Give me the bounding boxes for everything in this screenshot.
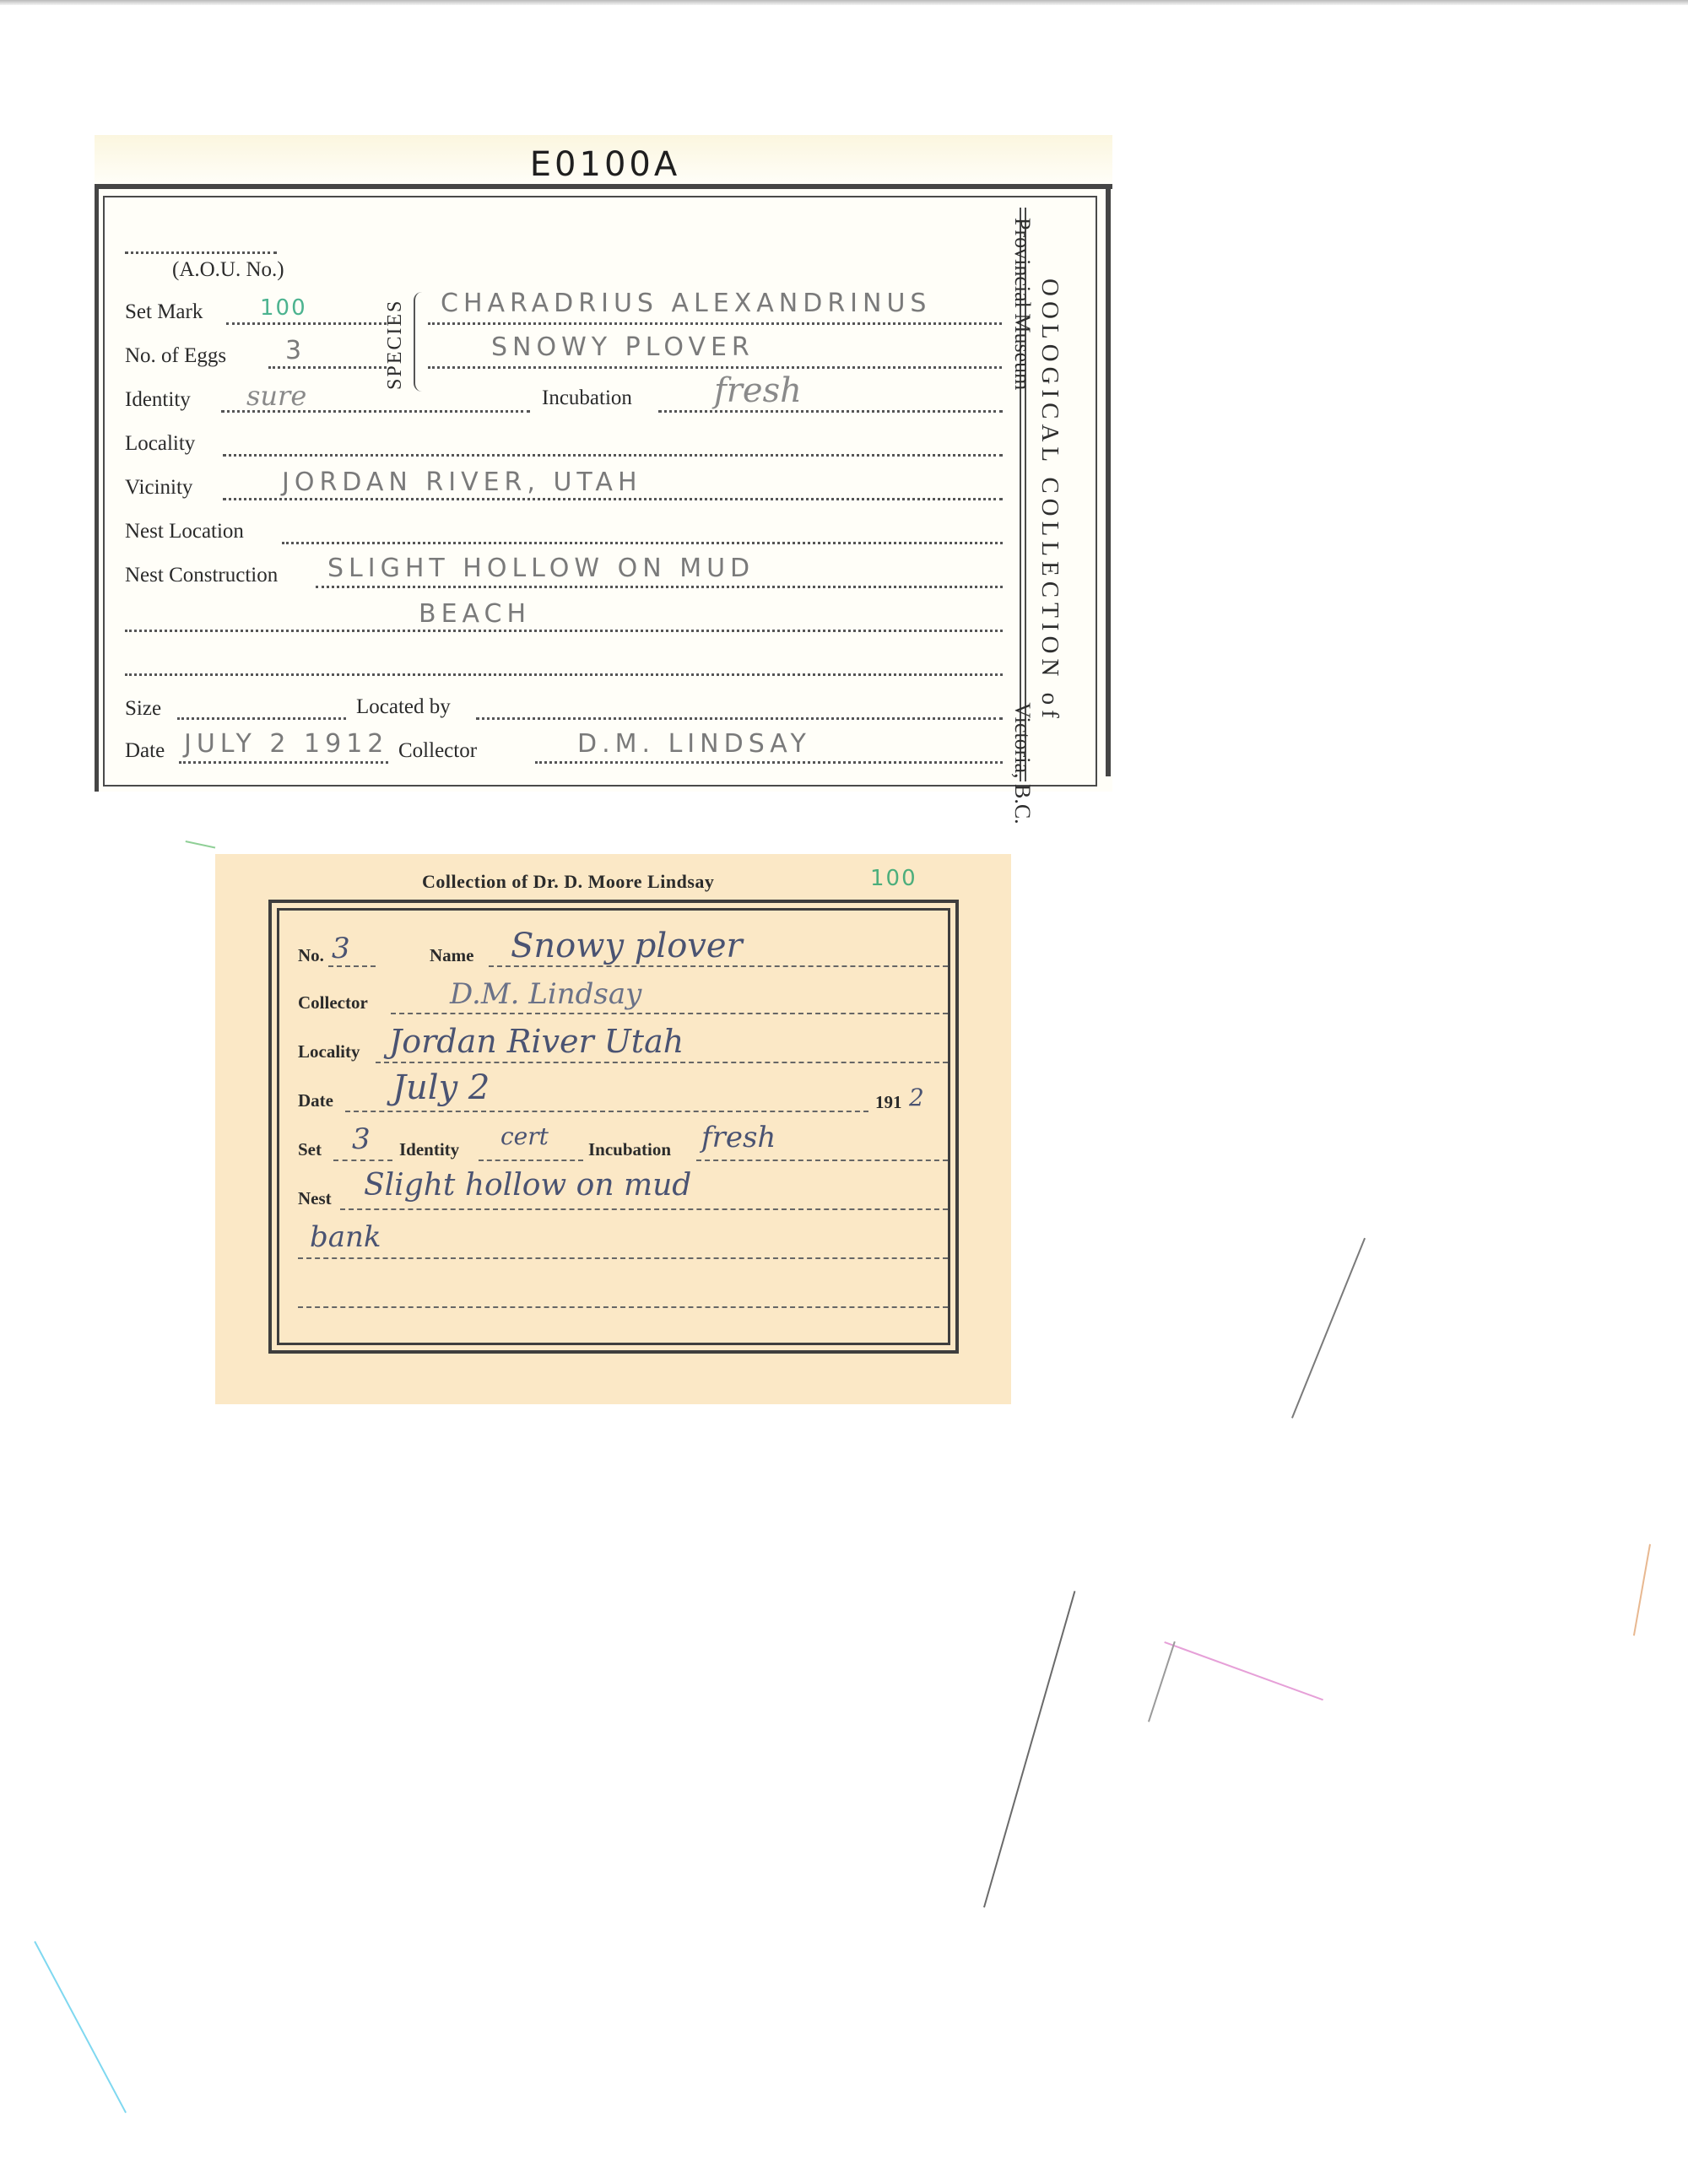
scan-streak bbox=[1633, 1544, 1651, 1636]
collector-label-card: Collection of Dr. D. Moore Lindsay 100 N… bbox=[215, 854, 1011, 1404]
locality-label: Locality bbox=[125, 432, 195, 456]
name-line[interactable] bbox=[489, 965, 948, 967]
locality-line[interactable] bbox=[223, 454, 1003, 457]
scan-streak bbox=[1148, 1641, 1176, 1722]
locality-line[interactable] bbox=[376, 1062, 948, 1063]
scan-streak bbox=[1164, 1641, 1323, 1700]
identity-label: Identity bbox=[125, 388, 191, 412]
located-by-line[interactable] bbox=[476, 717, 1003, 720]
nest-construction-line[interactable] bbox=[316, 586, 1003, 588]
species-common-value: SNOWY PLOVER bbox=[491, 332, 755, 362]
nest-construction-label: Nest Construction bbox=[125, 564, 278, 587]
date-label: Date bbox=[125, 739, 165, 763]
set-line[interactable] bbox=[333, 1160, 392, 1161]
side-title-line1: OOLOGICAL COLLECTION of bbox=[1036, 278, 1063, 723]
set-mark-annotation: 100 bbox=[870, 866, 917, 891]
incubation-line[interactable] bbox=[658, 410, 1003, 413]
scan-streak bbox=[186, 841, 216, 848]
no-label: No. bbox=[298, 945, 324, 966]
set-value: 3 bbox=[352, 1122, 371, 1156]
name-label: Name bbox=[430, 945, 473, 966]
blank-line[interactable] bbox=[125, 673, 1003, 676]
catalog-id: E0100A bbox=[521, 145, 690, 184]
set-mark-label: Set Mark bbox=[125, 300, 203, 324]
collector-label: Collector bbox=[298, 992, 368, 1014]
collector-value: D.M. Lindsay bbox=[450, 977, 641, 1011]
identity-line[interactable] bbox=[479, 1160, 583, 1161]
nest-location-line[interactable] bbox=[282, 542, 1003, 544]
locality-label: Locality bbox=[298, 1041, 360, 1062]
border-left bbox=[95, 184, 99, 792]
no-of-eggs-label: No. of Eggs bbox=[125, 344, 226, 368]
no-value: 3 bbox=[332, 932, 350, 965]
museum-specimen-card: E0100A OOLOGICAL COLLECTION of Provincia… bbox=[95, 135, 1112, 792]
inner-frame bbox=[277, 908, 950, 1345]
nest-label: Nest bbox=[298, 1188, 332, 1209]
date-value: JULY 2 1912 bbox=[184, 729, 388, 759]
border-right bbox=[1106, 184, 1111, 776]
nest-construction-line-2[interactable] bbox=[125, 630, 1003, 632]
locality-value: Jordan River Utah bbox=[389, 1023, 684, 1060]
incubation-value: fresh bbox=[714, 371, 802, 410]
year-suffix: 2 bbox=[909, 1084, 924, 1111]
vicinity-label: Vicinity bbox=[125, 476, 192, 500]
size-label: Size bbox=[125, 697, 161, 721]
nest-location-label: Nest Location bbox=[125, 520, 244, 543]
identity-label: Identity bbox=[399, 1139, 459, 1160]
set-mark-value: 100 bbox=[260, 295, 307, 321]
year-prefix: 191 bbox=[875, 1092, 902, 1113]
scan-streak bbox=[1291, 1238, 1366, 1419]
date-value: July 2 bbox=[392, 1068, 490, 1107]
scan-streak bbox=[983, 1591, 1075, 1907]
border-top bbox=[95, 184, 1112, 189]
collection-header: Collection of Dr. D. Moore Lindsay bbox=[422, 871, 714, 893]
species-brace bbox=[414, 292, 424, 392]
side-title-museum: Provincial Museum bbox=[1010, 218, 1035, 390]
species-common-line[interactable] bbox=[428, 366, 1002, 369]
collector-line[interactable] bbox=[391, 1013, 948, 1014]
identity-value: cert bbox=[500, 1122, 549, 1150]
incubation-value: fresh bbox=[701, 1121, 776, 1154]
nest-line-2[interactable] bbox=[298, 1257, 948, 1259]
incubation-label: Incubation bbox=[588, 1139, 671, 1160]
aou-label: (A.O.U. No.) bbox=[172, 258, 284, 282]
collector-line[interactable] bbox=[535, 761, 1003, 764]
side-title-city: Victoria, B.C. bbox=[1010, 702, 1035, 824]
size-line[interactable] bbox=[177, 717, 346, 720]
located-by-label: Located by bbox=[356, 695, 451, 719]
nest-line[interactable] bbox=[340, 1208, 948, 1210]
species-scientific-value: CHARADRIUS ALEXANDRINUS bbox=[441, 289, 931, 318]
vicinity-value: JORDAN RIVER, UTAH bbox=[282, 468, 642, 497]
collector-value: D.M. LINDSAY bbox=[577, 729, 811, 759]
incubation-line[interactable] bbox=[696, 1160, 948, 1161]
collector-label: Collector bbox=[398, 739, 477, 763]
date-line[interactable] bbox=[179, 761, 388, 764]
no-of-eggs-value: 3 bbox=[285, 336, 306, 365]
aou-line bbox=[125, 251, 277, 254]
species-scientific-line[interactable] bbox=[428, 322, 1002, 325]
set-mark-line[interactable] bbox=[226, 322, 387, 325]
date-label: Date bbox=[298, 1090, 333, 1111]
nest-value-1: Slight hollow on mud bbox=[364, 1168, 691, 1203]
no-of-eggs-line[interactable] bbox=[268, 366, 387, 369]
name-value: Snowy plover bbox=[511, 927, 743, 965]
nest-construction-value-1: SLIGHT HOLLOW ON MUD bbox=[327, 554, 755, 583]
scan-streak bbox=[34, 1941, 127, 2113]
identity-value: sure bbox=[246, 380, 306, 412]
date-line[interactable] bbox=[345, 1111, 868, 1112]
vicinity-line[interactable] bbox=[223, 498, 1003, 500]
nest-value-2: bank bbox=[310, 1220, 381, 1254]
scan-edge bbox=[0, 0, 1688, 5]
incubation-label: Incubation bbox=[542, 387, 632, 410]
set-label: Set bbox=[298, 1139, 322, 1160]
nest-construction-value-2: BEACH bbox=[419, 599, 531, 629]
no-line[interactable] bbox=[328, 965, 376, 967]
blank-line[interactable] bbox=[298, 1306, 948, 1308]
